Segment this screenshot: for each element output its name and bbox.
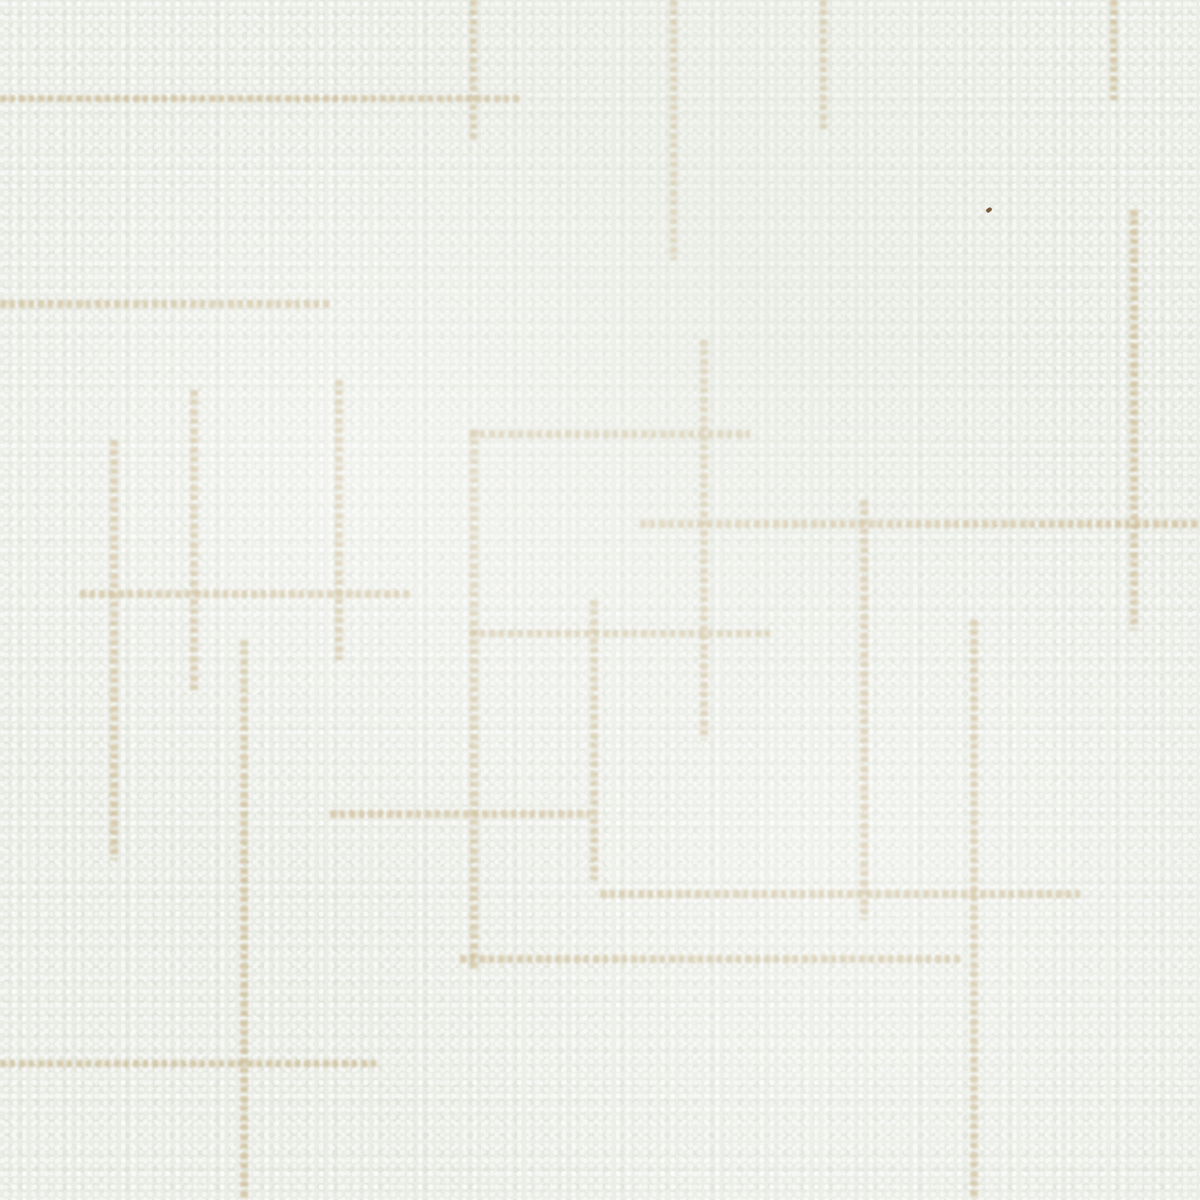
carpet-texture <box>0 0 1200 1200</box>
lighting-haze <box>0 0 1200 1200</box>
